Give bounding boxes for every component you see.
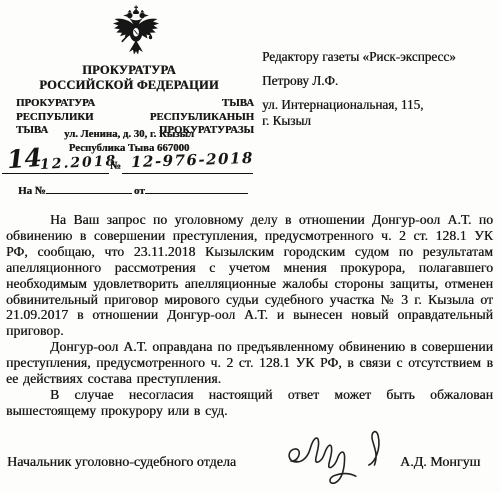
recipient-street: ул. Интернациональная, 115, bbox=[262, 97, 494, 113]
recipient-block: Редактору газеты «Риск-экспресс» Петрову… bbox=[262, 49, 494, 129]
russia-coat-of-arms-icon bbox=[111, 4, 161, 67]
recipient-name: Петрову Л.Ф. bbox=[262, 73, 494, 89]
org-left-line1: ПРОКУРАТУРА bbox=[16, 97, 122, 111]
org-name-line1: ПРОКУРАТУРА bbox=[0, 63, 258, 78]
signoff-name: А.Д. Монгуш bbox=[400, 455, 480, 471]
reference-line: На №от bbox=[18, 182, 254, 197]
ref-date-blank bbox=[145, 182, 248, 194]
date-underline bbox=[2, 173, 109, 174]
handwritten-day: 14 bbox=[6, 143, 43, 174]
signoff-title: Начальник уголовно-судебного отдела bbox=[7, 455, 236, 471]
ref-number-blank bbox=[46, 182, 132, 194]
org-name-line2: РОССИЙСКОЙ ФЕДЕРАЦИИ bbox=[0, 78, 258, 93]
recipient-city: г. Кызыл bbox=[262, 113, 494, 129]
number-underline bbox=[122, 173, 253, 174]
ref-from-label: от bbox=[134, 185, 145, 197]
body-paragraph-1: На Ваш запрос по уголовному делу в отнош… bbox=[6, 212, 493, 339]
letter-body: На Ваш запрос по уголовному делу в отнош… bbox=[6, 212, 493, 419]
body-paragraph-3: В случае несогласия настоящий ответ може… bbox=[6, 387, 493, 419]
recipient-title: Редактору газеты «Риск-экспресс» bbox=[262, 49, 494, 65]
sender-address-line1: ул. Ленина, д. 30, г. Кызыл bbox=[0, 127, 258, 141]
org-right-line1: ТЫВА РЕСПУБЛИКАНЫН bbox=[122, 97, 254, 124]
scanned-letter-page: ПРОКУРАТУРА РОССИЙСКОЙ ФЕДЕРАЦИИ ПРОКУРА… bbox=[0, 0, 500, 493]
handwritten-date: 12.2018 bbox=[40, 153, 118, 173]
number-sign-label: № bbox=[110, 160, 121, 172]
body-paragraph-2: Донгур-оол А.Т. оправдана по предъявленн… bbox=[6, 339, 493, 387]
ref-prefix-label: На № bbox=[18, 185, 46, 197]
org-name-main: ПРОКУРАТУРА РОССИЙСКОЙ ФЕДЕРАЦИИ bbox=[0, 63, 258, 93]
handwritten-doc-number: 12-976-2018 bbox=[131, 149, 254, 171]
handwritten-signature-icon bbox=[283, 418, 395, 489]
